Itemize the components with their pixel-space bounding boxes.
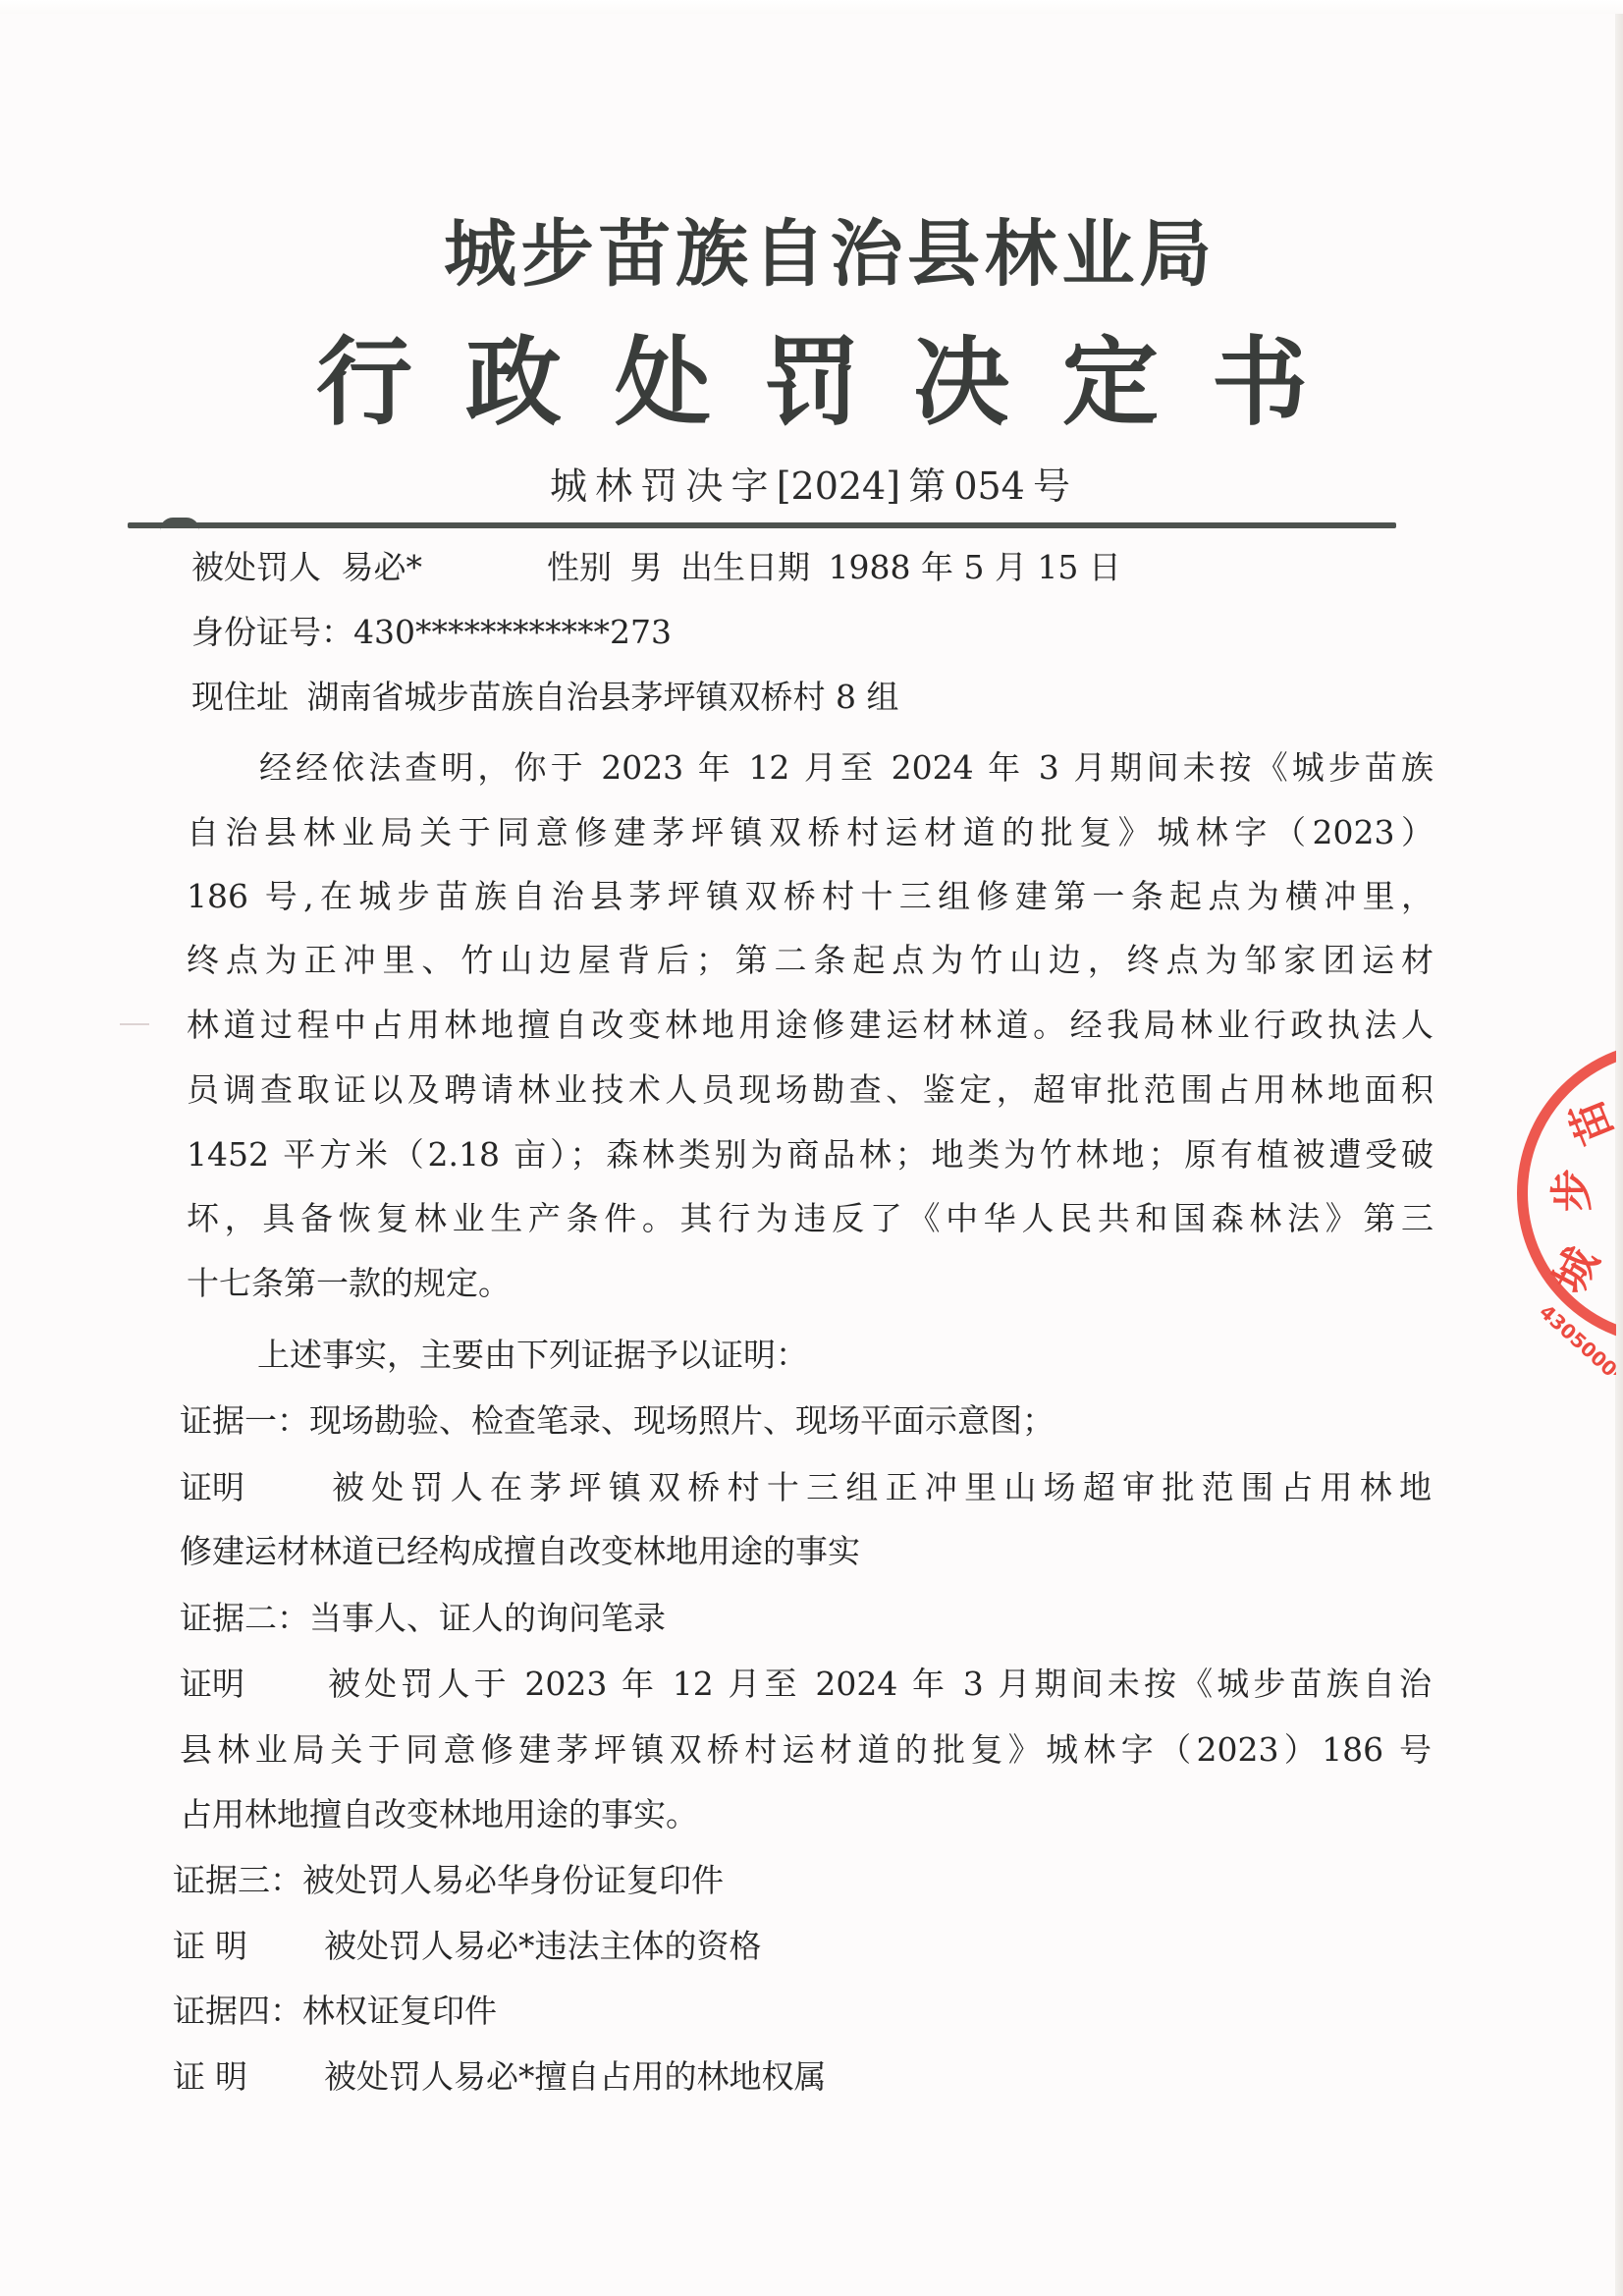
gender-value: 男	[630, 548, 663, 586]
evidence-proof-label: 证明	[173, 2052, 257, 2102]
official-seal: 城 步 苗 43050000	[1502, 1021, 1616, 1375]
document-number: 城林罚决字[2024]第054号	[550, 462, 1070, 511]
evidence-proof-line: 修建运材林道已经构成擅自改变林地用途的事实	[180, 1527, 860, 1576]
evidence-proof-line: 县林业局关于同意修建茅坪镇双桥村运材道的批复》城林字（2023）186 号	[180, 1725, 1432, 1775]
party-name-row: 被处罚人 易必*	[191, 543, 422, 592]
birth-label: 出生日期	[680, 548, 810, 586]
evidence-proof-line: 占用林地擅自改变林地用途的事实。	[180, 1790, 698, 1839]
party-id-row: 身份证号：430************273	[191, 608, 672, 657]
evidence-item-1: 证据一：现场勘验、检查笔录、现场照片、现场平面示意图；	[180, 1396, 1055, 1446]
evidence-proof-label: 证明	[180, 1463, 244, 1512]
document-title: 行政处罚决定书	[316, 324, 1308, 442]
evidence-proof-line: 被处罚人于 2023 年 12 月至 2024 年 3 月期间未按《城步苗族自治	[328, 1660, 1432, 1709]
page-right-edge	[1615, 14, 1623, 2296]
findings-line: 林道过程中占用林地擅自改变林地用途修建运材林道。经我局林业行政执法人	[187, 1001, 1434, 1050]
seal-char: 步	[1551, 1169, 1595, 1212]
findings-line: 自治县林业局关于同意修建茅坪镇双桥村运材道的批复》城林字（2023）	[187, 808, 1434, 857]
evidence-label: 证据三：	[173, 1861, 302, 1899]
evidence-item-2: 证据二：当事人、证人的询问笔录	[180, 1594, 666, 1643]
gender-label: 性别	[547, 548, 612, 586]
margin-mark	[120, 1023, 149, 1025]
evidence-proof-label: 证明	[173, 1922, 257, 1971]
evidence-intro: 上述事实，主要由下列证据予以证明：	[257, 1331, 808, 1380]
findings-line: 186 号,在城步苗族自治县茅坪镇双桥村十三组修建第一条起点为横冲里，	[187, 872, 1434, 921]
evidence-content: 当事人、证人的询问笔录	[309, 1599, 666, 1637]
header-divider-kink	[160, 518, 199, 530]
findings-line: 经经依法查明，你于 2023 年 12 月至 2024 年 3 月期间未按《城步…	[259, 743, 1434, 793]
findings-line: 员调查取证以及聘请林业技术人员现场勘查、鉴定，超审批范围占用林地面积	[187, 1066, 1434, 1115]
evidence-content: 林权证复印件	[302, 1992, 497, 2030]
findings-line: 1452 平方米（2.18 亩）；森林类别为商品林；地类为竹林地；原有植被遭受破	[187, 1130, 1434, 1179]
id-label: 身份证号：	[191, 613, 353, 651]
evidence-item-4: 证据四：林权证复印件	[173, 1987, 497, 2036]
address-label: 现住址	[191, 678, 289, 716]
evidence-content: 被处罚人易必华身份证复印件	[302, 1861, 724, 1899]
evidence-proof-label: 证明	[180, 1660, 244, 1709]
party-address-row: 现住址 湖南省城步苗族自治县茅坪镇双桥村 8 组	[191, 673, 898, 722]
header-divider	[128, 522, 1396, 528]
id-number: 430************273	[353, 613, 672, 651]
findings-line: 十七条第一款的规定。	[187, 1259, 511, 1308]
evidence-label: 证据四：	[173, 1992, 302, 2030]
address-value: 湖南省城步苗族自治县茅坪镇双桥村 8 组	[307, 678, 899, 716]
evidence-content: 现场勘验、检查笔录、现场照片、现场平面示意图；	[309, 1401, 1055, 1440]
organization-title: 城步苗族自治县林业局	[444, 210, 1212, 299]
evidence-proof-line: 被处罚人易必*擅自占用的林地权属	[324, 2052, 827, 2102]
findings-line: 终点为正冲里、竹山边屋背后；第二条起点为竹山边，终点为邹家团运材	[187, 936, 1434, 985]
evidence-proof-line: 被处罚人在茅坪镇双桥村十三组正冲里山场超审批范围占用林地	[332, 1463, 1432, 1512]
party-name-label: 被处罚人	[191, 548, 321, 586]
party-gender-birth-row: 性别 男 出生日期 1988 年 5 月 15 日	[547, 543, 1121, 592]
party-name: 易必*	[342, 548, 423, 586]
evidence-label: 证据二：	[180, 1599, 309, 1637]
evidence-item-3: 证据三：被处罚人易必华身份证复印件	[173, 1856, 724, 1905]
evidence-label: 证据一：	[180, 1401, 309, 1440]
findings-line: 坏，具备恢复林业生产条件。其行为违反了《中华人民共和国森林法》第三	[187, 1194, 1434, 1243]
page-top-edge	[0, 0, 1623, 14]
evidence-proof-line: 被处罚人易必*违法主体的资格	[324, 1922, 762, 1971]
birth-date: 1988 年 5 月 15 日	[829, 548, 1121, 586]
